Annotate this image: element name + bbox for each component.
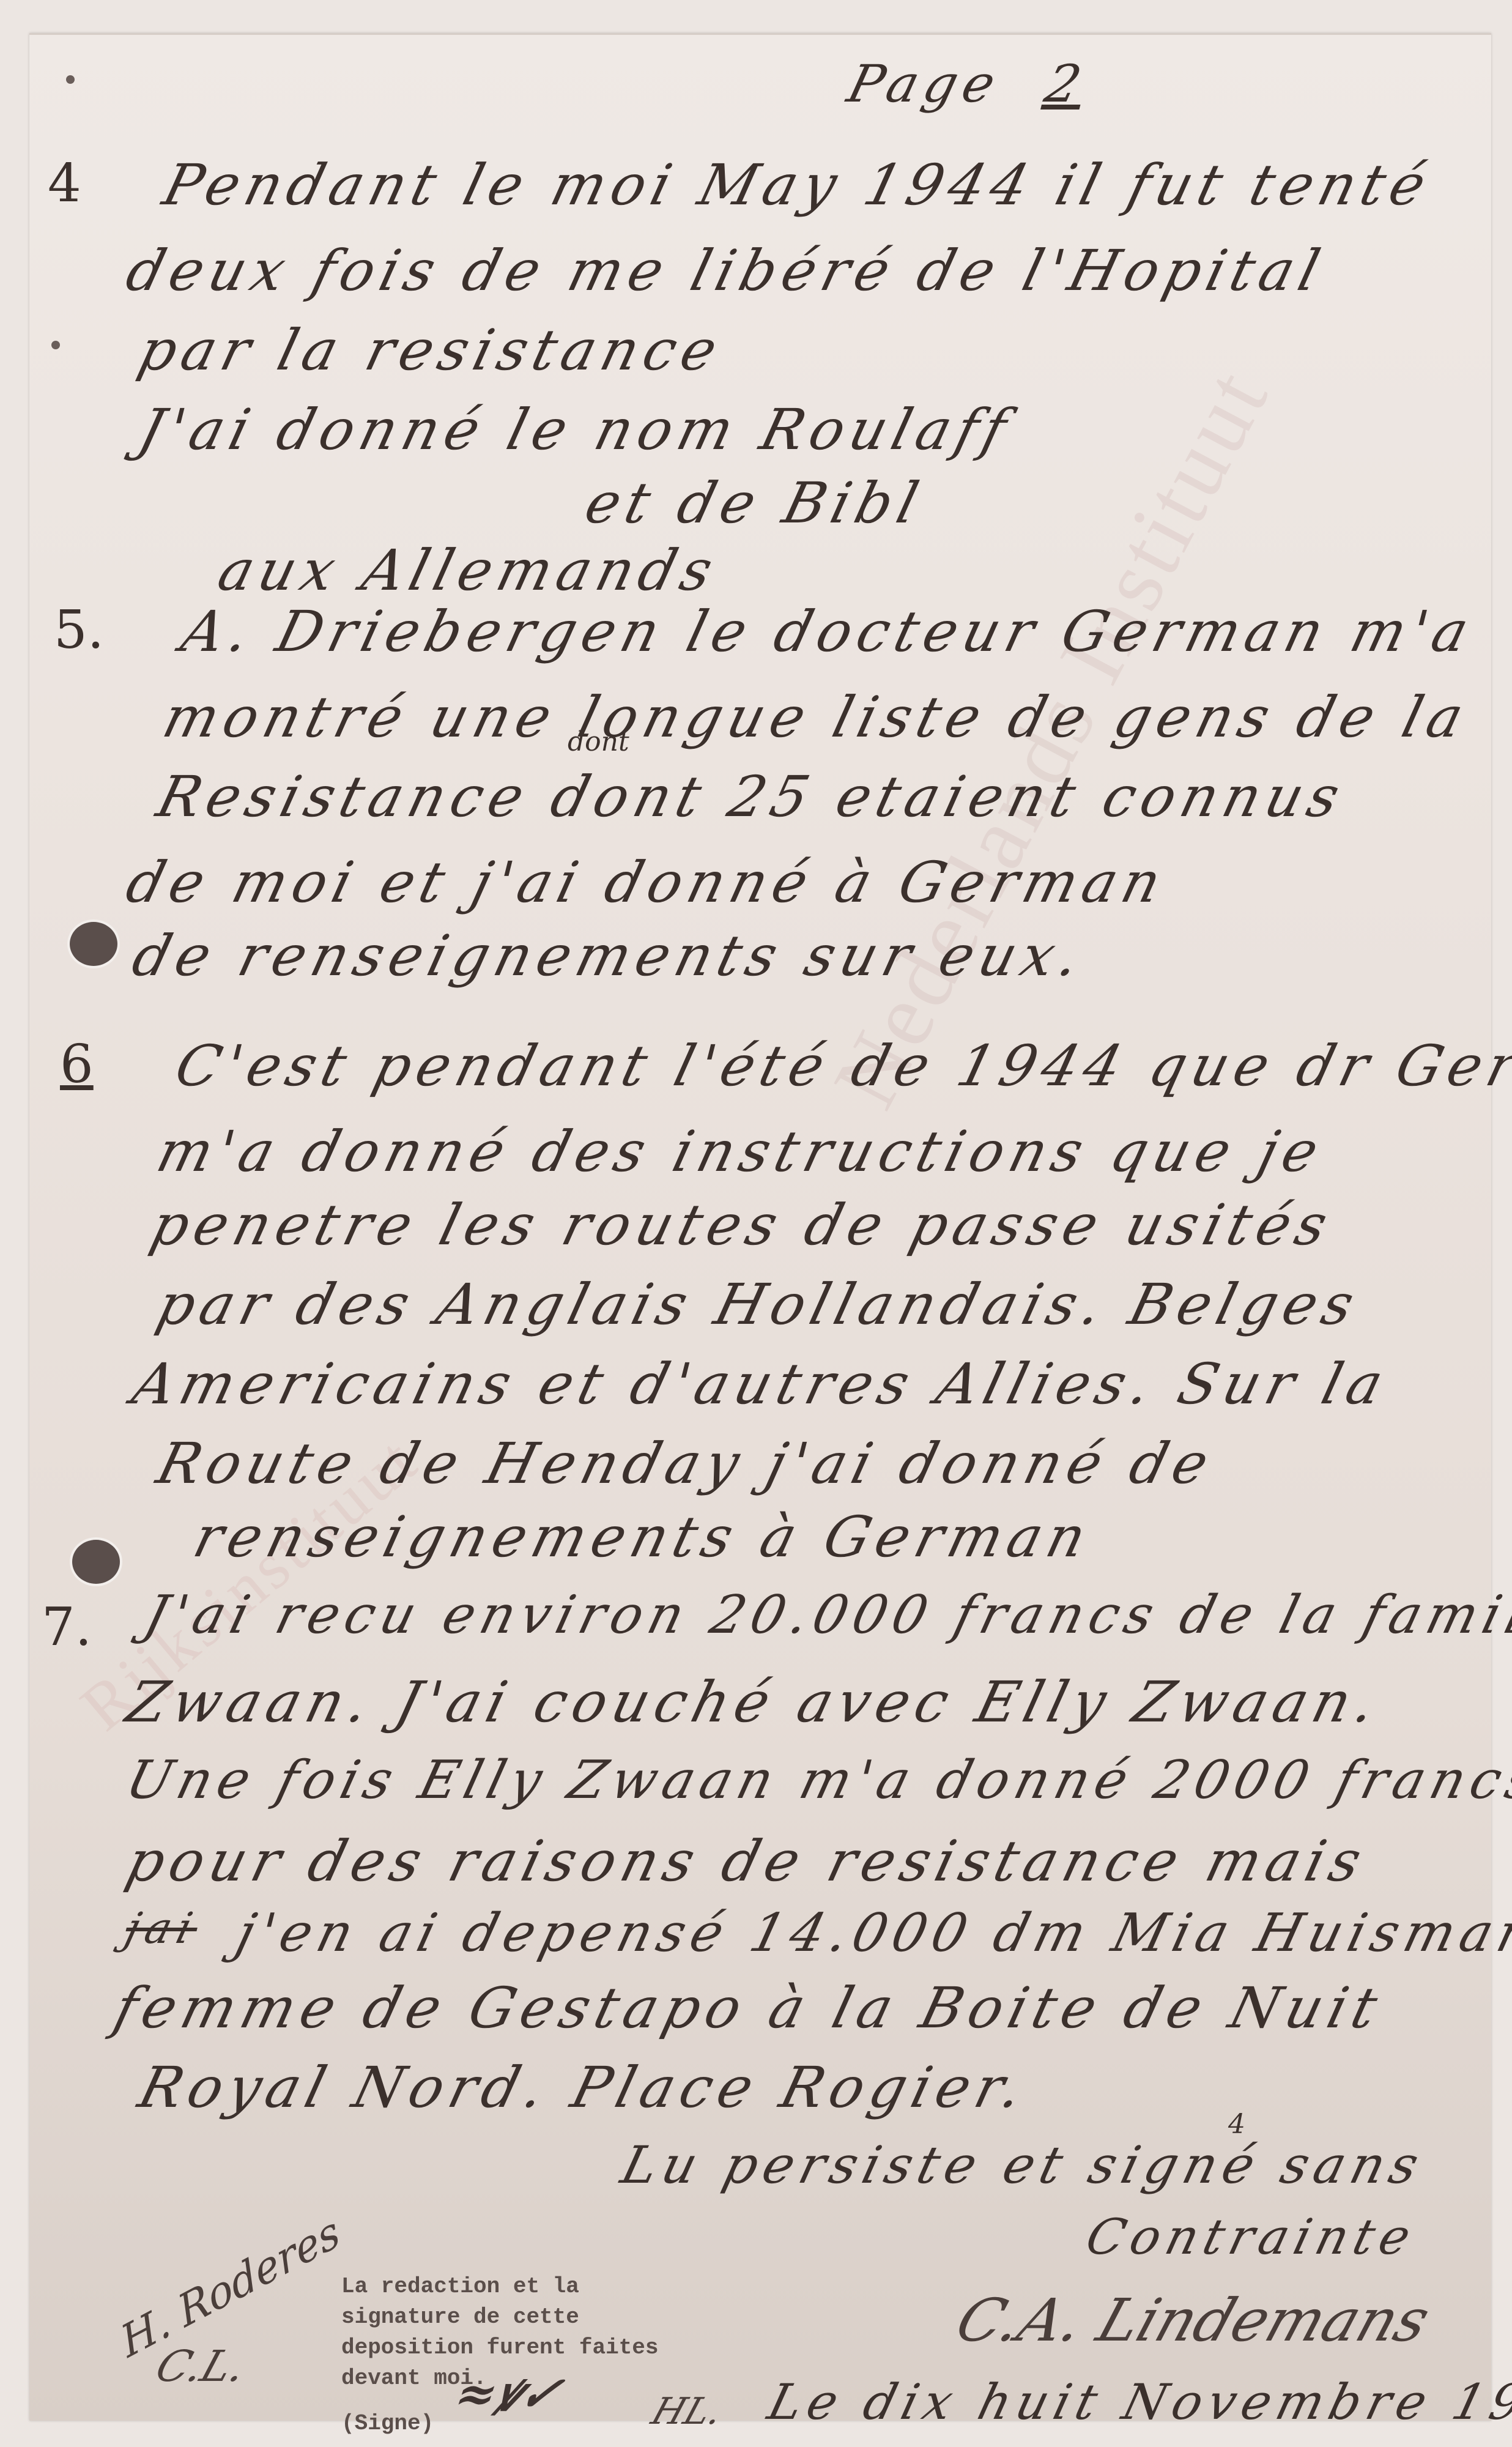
paragraph-5-line-5: de renseignements sur eux. <box>127 928 1091 984</box>
official-signature-scrawl: ≈ꝟ✓ <box>447 2360 572 2424</box>
paragraph-4-line-2: deux fois de me libéré de l'Hopital <box>121 243 1331 299</box>
typed-line-2: signature de cette <box>341 2302 658 2333</box>
paragraph-6-line-2: m'a donné des instructions que je <box>152 1124 1330 1180</box>
paragraph-5-line-3: Resistance dont 25 etaient connus <box>152 769 1351 825</box>
document-page: Nederlands Instituut Rijksinstituut Page… <box>29 33 1491 2421</box>
paragraph-6-line-4: par des Anglais Hollandais. Belges <box>152 1277 1365 1333</box>
page-number: 2 <box>1039 54 1093 114</box>
paragraph-4-line-5: et de Bibl <box>580 475 930 532</box>
paragraph-number-5: 5. <box>54 604 104 656</box>
paragraph-7-line-3: Une fois Elly Zwaan m'a donné 2000 franc… <box>121 1754 1512 1806</box>
margin-dot <box>66 75 75 84</box>
closing-line-2: Contrainte <box>1081 2213 1421 2262</box>
paragraph-6-line-7: renseignements à German <box>188 1509 1097 1565</box>
paragraph-number-6: 6 <box>60 1038 94 1091</box>
paragraph-7-line-6: femme de Gestapo à la Boite de Nuit <box>109 1980 1388 2037</box>
struck-word: jai <box>121 1907 202 1950</box>
signed-label: (Signe) <box>341 2411 434 2436</box>
paragraph-4-line-6: aux Allemands <box>213 543 724 599</box>
paragraph-6-line-5: Americains et d'autres Allies. Sur la <box>127 1356 1394 1413</box>
paragraph-7-line-5: j'en ai depensé 14.000 dm Mia Huisman <box>231 1907 1512 1959</box>
paragraph-number-4: 4 <box>48 157 81 210</box>
signatory-name: C.A. Lindemans <box>948 2286 1438 2355</box>
paragraph-7-line-2: Zwaan. J'ai couché avec Elly Zwaan. <box>121 1674 1387 1731</box>
paragraph-5-line-2: montré une longue liste de gens de la <box>158 689 1475 746</box>
paragraph-6-line-3: penetre les routes de passe usités <box>146 1197 1338 1253</box>
paragraph-7-line-1: J'ai recu environ 20.000 francs de la fa… <box>139 1589 1512 1641</box>
paragraph-7-line-7: Royal Nord. Place Rogier. <box>133 2060 1034 2116</box>
paragraph-4-line-1: Pendant le moi May 1944 il fut tenté <box>158 157 1437 214</box>
paragraph-5-line-4: de moi et j'ai donné à German <box>121 855 1173 911</box>
signature-date: Le dix huit Novembre 1944 <box>763 2378 1512 2427</box>
paragraph-number-7: 7. <box>42 1601 92 1654</box>
page-label: Page <box>842 54 1007 114</box>
paragraph-5-line-1: A. Driebergen le docteur German m'a <box>176 604 1480 660</box>
punch-hole <box>72 1540 120 1584</box>
typed-line-3: deposition furent faites <box>341 2333 658 2363</box>
closing-line-1: Lu persiste et signé sans <box>617 2139 1429 2191</box>
paragraph-4-line-3: par la resistance <box>133 322 728 379</box>
paragraph-6-line-6: Route de Henday j'ai donné de <box>152 1436 1220 1492</box>
page-header: Page 2 <box>843 58 1092 110</box>
paragraph-7-line-4: pour des raisons de resistance mais <box>121 1833 1373 1890</box>
margin-dot <box>51 341 60 349</box>
typed-block-initials: HL. <box>647 2390 728 2433</box>
paragraph-4-line-4: J'ai donné le nom Roulaff <box>133 402 1018 458</box>
witness-margin-line-2: C.L. <box>150 2341 253 2391</box>
insertion-dont: dont <box>568 726 629 757</box>
punch-hole <box>70 922 117 966</box>
paragraph-6-line-1: C'est pendant l'été de 1944 que dr Germa… <box>170 1038 1512 1094</box>
typed-line-1: La redaction et la <box>341 2271 658 2302</box>
